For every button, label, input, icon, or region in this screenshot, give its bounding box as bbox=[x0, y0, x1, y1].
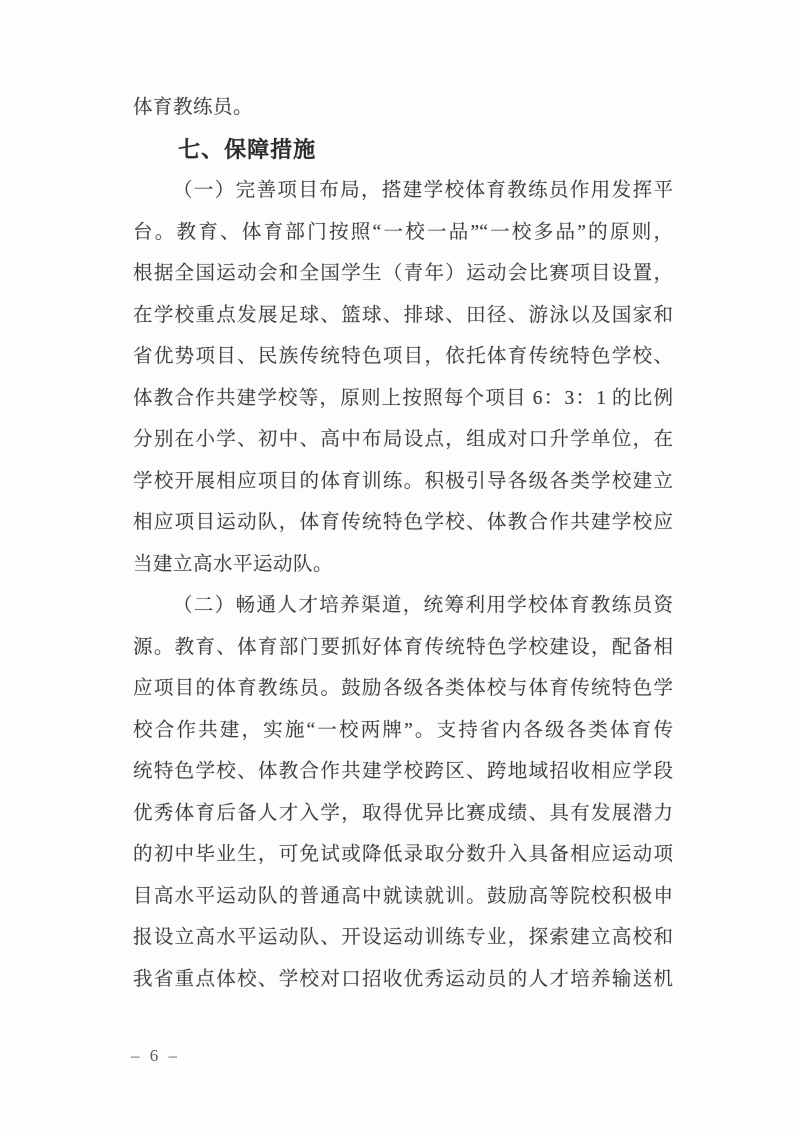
paragraph-line: 体育教练员。 bbox=[133, 87, 673, 129]
paragraph-line: 台。教育、体育部门按照“一校一品”“一校多品”的原则， bbox=[133, 212, 673, 254]
paragraph-line: （二）畅通人才培养渠道，统筹利用学校体育教练员资 bbox=[133, 585, 673, 627]
paragraph-line: 报设立高水平运动队、开设运动训练专业，探索建立高校和 bbox=[133, 917, 673, 959]
paragraph-line: 相应项目运动队，体育传统特色学校、体教合作共建学校应 bbox=[133, 502, 673, 544]
paragraph-line: 学校开展相应项目的体育训练。积极引导各级各类学校建立 bbox=[133, 461, 673, 503]
document-text-block: 体育教练员。 七、保障措施 （一）完善项目布局，搭建学校体育教练员作用发挥平 台… bbox=[133, 87, 673, 1000]
paragraph-line: 应项目的体育教练员。鼓励各级各类体校与体育传统特色学 bbox=[133, 668, 673, 710]
paragraph-line: 体教合作共建学校等，原则上按照每个项目 6：3：1 的比例 bbox=[133, 378, 673, 420]
paragraph-line: 根据全国运动会和全国学生（青年）运动会比赛项目设置， bbox=[133, 253, 673, 295]
document-page: 体育教练员。 七、保障措施 （一）完善项目布局，搭建学校体育教练员作用发挥平 台… bbox=[0, 0, 800, 1130]
paragraph-line: 校合作共建，实施“一校两牌”。支持省内各级各类体育传 bbox=[133, 710, 673, 752]
paragraph-line: 目高水平运动队的普通高中就读就训。鼓励高等院校积极申 bbox=[133, 876, 673, 918]
paragraph-line: 源。教育、体育部门要抓好体育传统特色学校建设，配备相 bbox=[133, 627, 673, 669]
paragraph-line: 省优势项目、民族传统特色项目，依托体育传统特色学校、 bbox=[133, 336, 673, 378]
paragraph-line: 在学校重点发展足球、篮球、排球、田径、游泳以及国家和 bbox=[133, 295, 673, 337]
paragraph-line: （一）完善项目布局，搭建学校体育教练员作用发挥平 bbox=[133, 170, 673, 212]
paragraph-line: 优秀体育后备人才入学，取得优异比赛成绩、具有发展潜力 bbox=[133, 793, 673, 835]
paragraph-line: 统特色学校、体教合作共建学校跨区、跨地域招收相应学段 bbox=[133, 751, 673, 793]
paragraph-line: 分别在小学、初中、高中布局设点，组成对口升学单位，在 bbox=[133, 419, 673, 461]
page-number: – 6 – bbox=[131, 1043, 180, 1069]
paragraph-line: 的初中毕业生，可免试或降低录取分数升入具备相应运动项 bbox=[133, 834, 673, 876]
paragraph-line: 当建立高水平运动队。 bbox=[133, 544, 673, 586]
paragraph-line: 我省重点体校、学校对口招收优秀运动员的人才培养输送机 bbox=[133, 959, 673, 1001]
section-heading: 七、保障措施 bbox=[133, 129, 673, 171]
